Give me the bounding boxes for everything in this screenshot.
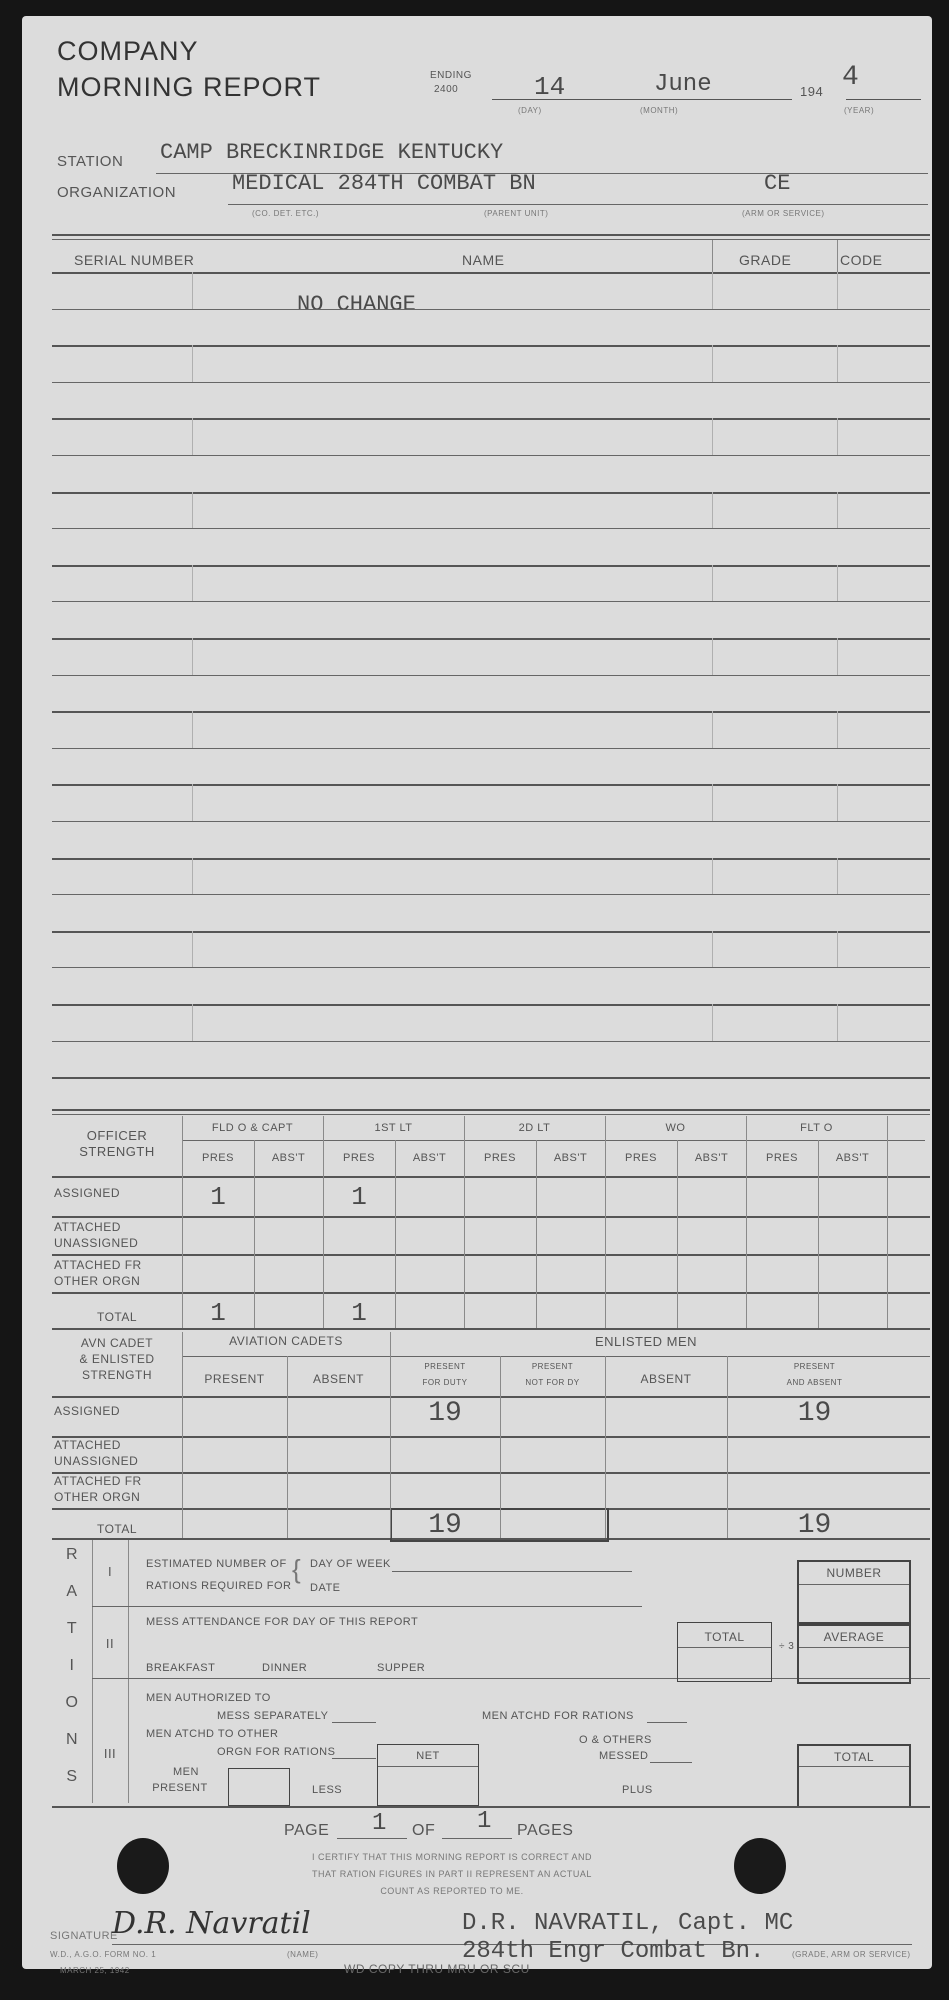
roster-row-rule [52, 455, 930, 456]
signature[interactable]: D.R. Navratil [112, 1906, 311, 1941]
officer-bottom-rule [52, 1328, 930, 1330]
enlisted-men-header: ENLISTED MEN [390, 1334, 902, 1349]
report-year[interactable]: 4 [842, 62, 859, 93]
enlisted-subcol-header: PRESENT [182, 1372, 287, 1386]
rations-side-letter: T [52, 1620, 92, 1638]
grade-divider [712, 784, 713, 821]
others-messed-1: O & OTHERS [579, 1734, 652, 1746]
serial-name-divider [192, 711, 193, 748]
roster-row-rule [52, 1004, 930, 1006]
code-divider [837, 711, 838, 748]
atchd-other-field[interactable] [332, 1758, 376, 1759]
code-divider [837, 418, 838, 455]
officer-col-divider [323, 1116, 324, 1328]
men-present-2: PRESENT [134, 1782, 226, 1794]
certify-line-1: I CERTIFY THAT THIS MORNING REPORT IS CO… [192, 1852, 712, 1862]
number-label: NUMBER [799, 1566, 909, 1580]
atchd-rations-field[interactable] [647, 1722, 687, 1723]
enlisted-subcol-header: ABSENT [605, 1372, 727, 1386]
code-divider [837, 931, 838, 968]
year-caption: (YEAR) [844, 106, 874, 115]
enlisted-col-divider [390, 1332, 391, 1538]
grade-divider [712, 638, 713, 675]
serial-name-divider [192, 1004, 193, 1041]
enlisted-row-label: ATTACHED FR [54, 1474, 142, 1488]
mess-total-divider [678, 1647, 771, 1648]
roster-row-rule [52, 565, 930, 567]
serial-name-divider [192, 345, 193, 382]
date-label: DATE [310, 1582, 341, 1594]
col-serial-number: SERIAL NUMBER [74, 252, 194, 268]
grade-divider [712, 240, 713, 272]
officer-col-divider [395, 1140, 396, 1328]
code-divider [837, 638, 838, 675]
enlisted-col-divider [287, 1356, 288, 1538]
enlisted-subcol-header: PRESENT [727, 1362, 902, 1371]
organization-underline [228, 204, 928, 205]
officer-subcol-header: PRES [323, 1152, 395, 1164]
enlisted-row-rule [52, 1436, 930, 1438]
form-title-line1: COMPANY [57, 36, 199, 67]
serial-name-divider [192, 272, 193, 309]
grade-divider [712, 931, 713, 968]
arm-service-value[interactable]: CE [764, 171, 790, 196]
roster-row-rule [52, 638, 930, 640]
day-of-week-line [392, 1571, 632, 1572]
enlisted-subcol-header-2: AND ABSENT [727, 1378, 902, 1387]
roster-row-rule [52, 967, 930, 968]
roster-row-rule [52, 418, 930, 420]
less-label: LESS [312, 1784, 342, 1796]
enlisted-col-divider [182, 1332, 183, 1538]
enlisted-strength-title: & ENLISTED [52, 1352, 182, 1366]
organization-value[interactable]: MEDICAL 284TH COMBAT BN [232, 171, 536, 196]
enlisted-row-label: TOTAL [52, 1522, 182, 1536]
col-code: CODE [840, 252, 882, 268]
enlisted-col-divider [500, 1356, 501, 1538]
roster-row-rule [52, 784, 930, 786]
officer-group-header: WO [605, 1122, 746, 1134]
average-label: AVERAGE [799, 1630, 909, 1644]
net-label: NET [378, 1750, 478, 1762]
pages-underline [442, 1838, 512, 1839]
part1-bottom-rule [92, 1606, 642, 1607]
grade-divider [712, 492, 713, 529]
others-messed-2: MESSED [599, 1750, 648, 1762]
form-title-line2: MORNING REPORT [57, 72, 321, 103]
officer-row-label: TOTAL [52, 1310, 182, 1324]
org-caption-2: (PARENT UNIT) [484, 209, 548, 218]
certify-line-3: COUNT AS REPORTED TO ME. [192, 1886, 712, 1896]
officer-subcol-header: PRES [182, 1152, 254, 1164]
enlisted-row-label: ASSIGNED [54, 1404, 120, 1418]
officer-subcol-header: ABS'T [818, 1152, 887, 1164]
number-box-divider [799, 1584, 909, 1585]
of-label: OF [412, 1822, 435, 1840]
enlisted-subcol-header: PRESENT [500, 1362, 605, 1371]
roster-row-rule [52, 528, 930, 529]
roster-row-rule [52, 748, 930, 749]
enlisted-row-label: ATTACHED [54, 1438, 121, 1452]
roster-row-rule [52, 309, 930, 310]
mess-separately-1: MEN AUTHORIZED TO [146, 1692, 271, 1704]
year-underline [846, 99, 921, 100]
name-caption: (NAME) [287, 1950, 318, 1959]
dinner-label: DINNER [262, 1662, 307, 1674]
breakfast-label: BREAKFAST [146, 1662, 215, 1674]
officer-subcol-header: PRES [464, 1152, 536, 1164]
pages-label: PAGES [517, 1822, 573, 1840]
day-caption: (DAY) [518, 106, 542, 115]
grade-divider [712, 272, 713, 309]
year-prefix: 194 [800, 84, 823, 99]
roster-row-rule [52, 492, 930, 494]
signer-name: D.R. NAVRATIL, Capt. MC [462, 1910, 793, 1937]
officer-row-rule [52, 1176, 930, 1178]
officer-group-header: FLD O & CAPT [182, 1122, 323, 1134]
aviation-cadets-header: AVIATION CADETS [182, 1334, 390, 1348]
enlisted-subcol-header: ABSENT [287, 1372, 390, 1386]
officer-subcol-header: ABS'T [254, 1152, 323, 1164]
total-pages[interactable]: 1 [477, 1808, 491, 1835]
roster-row-rule [52, 894, 930, 895]
grade-divider [712, 1004, 713, 1041]
col-name: NAME [462, 252, 504, 268]
atchd-other-1: MEN ATCHD TO OTHER [146, 1728, 278, 1740]
code-divider [837, 565, 838, 602]
mess-separately-2: MESS SEPARATELY [217, 1710, 328, 1722]
officer-col-divider [818, 1140, 819, 1328]
men-present-1: MEN [146, 1766, 226, 1778]
signature-label: SIGNATURE [50, 1930, 118, 1942]
roster-row-rule [52, 601, 930, 602]
officer-strength-cell[interactable]: 1 [182, 1182, 254, 1212]
officer-col-divider [746, 1116, 747, 1328]
officer-row-label-2: UNASSIGNED [54, 1236, 138, 1250]
plus-label: PLUS [622, 1784, 653, 1796]
enlisted-subcol-header-2: FOR DUTY [390, 1378, 500, 1387]
code-divider [837, 858, 838, 895]
enlisted-col-divider [727, 1356, 728, 1538]
roster-row-rule [52, 821, 930, 822]
officer-top-rule-2 [52, 1114, 930, 1115]
enlisted-strength-title: STRENGTH [52, 1368, 182, 1382]
officer-col-divider [464, 1116, 465, 1328]
officer-group-rule [182, 1140, 925, 1141]
code-divider [837, 492, 838, 529]
roster-top-rule-2 [52, 239, 930, 240]
part1-numeral: I [92, 1564, 128, 1579]
officer-group-header: FLT O [746, 1122, 887, 1134]
code-divider [837, 240, 838, 272]
roster-top-rule [52, 234, 930, 236]
page-number[interactable]: 1 [372, 1810, 386, 1837]
code-divider [837, 345, 838, 382]
rations-side-letter: N [52, 1731, 92, 1749]
part2-numeral: II [92, 1636, 128, 1651]
officer-row-rule [52, 1292, 930, 1294]
roster-row-rule [52, 1041, 930, 1042]
net-divider [378, 1766, 478, 1767]
punch-hole-left [117, 1838, 169, 1894]
officer-row-rule [52, 1216, 930, 1218]
form-number: W.D., A.G.O. FORM NO. 1 [50, 1950, 156, 1959]
enlisted-group-rule [182, 1356, 930, 1357]
officer-subcol-header: PRES [746, 1152, 818, 1164]
signer-unit: 284th Engr Combat Bn. [462, 1938, 764, 1965]
officer-row-rule [52, 1254, 930, 1256]
enlisted-subcol-header-2: NOT FOR DY [500, 1378, 605, 1387]
code-divider [837, 272, 838, 309]
mess-attendance-label: MESS ATTENDANCE FOR DAY OF THIS REPORT [146, 1616, 418, 1628]
ending-label: ENDING [430, 70, 472, 81]
serial-name-divider [192, 784, 193, 821]
grade-divider [712, 418, 713, 455]
roster-row-rule [52, 711, 930, 713]
officer-col-divider [605, 1116, 606, 1328]
others-messed-field[interactable] [650, 1762, 692, 1763]
part3-numeral: III [92, 1746, 128, 1761]
month-caption: (MONTH) [640, 106, 678, 115]
rations-total-label: TOTAL [799, 1750, 909, 1764]
enlisted-row-label-2: OTHER ORGN [54, 1490, 140, 1504]
page-label: PAGE [284, 1822, 329, 1840]
roster-entry-name[interactable]: NO CHANGE [297, 292, 416, 317]
officer-strength-cell[interactable]: 1 [182, 1298, 254, 1328]
atchd-rations-label: MEN ATCHD FOR RATIONS [482, 1710, 634, 1722]
officer-top-rule [52, 1109, 930, 1111]
col-grade: GRADE [739, 252, 791, 268]
page-underline [337, 1838, 407, 1839]
officer-row-label: ATTACHED [54, 1220, 121, 1234]
enlisted-col-divider [605, 1356, 606, 1538]
station-value[interactable]: CAMP BRECKINRIDGE KENTUCKY [160, 140, 503, 165]
officer-row-label: ASSIGNED [54, 1186, 120, 1200]
officer-col-divider [182, 1116, 183, 1328]
roster-row-rule [52, 931, 930, 933]
officer-subcol-header: PRES [605, 1152, 677, 1164]
morning-report-form: COMPANY MORNING REPORT ENDING 2400 14 Ju… [22, 16, 932, 1969]
officer-group-header: 2D LT [464, 1122, 605, 1134]
officer-col-divider [677, 1140, 678, 1328]
ending-time: 2400 [434, 84, 458, 95]
officer-col-divider [887, 1116, 888, 1328]
enlisted-row-label-2: UNASSIGNED [54, 1454, 138, 1468]
serial-name-divider [192, 492, 193, 529]
mess-separately-field[interactable] [332, 1722, 376, 1723]
rations-total-divider [799, 1766, 909, 1767]
org-caption-1: (CO. DET. ETC.) [252, 209, 319, 218]
form-date: MARCH 25, 1942 [60, 1966, 130, 1975]
officer-row-label: ATTACHED FR [54, 1258, 142, 1272]
officer-group-header: 1ST LT [323, 1122, 464, 1134]
enlisted-row-rule [52, 1472, 930, 1474]
grade-divider [712, 711, 713, 748]
officer-col-divider [254, 1140, 255, 1328]
officer-row-label-2: OTHER ORGN [54, 1274, 140, 1288]
roster-row-rule [52, 675, 930, 676]
station-label: STATION [57, 153, 123, 170]
serial-name-divider [192, 565, 193, 602]
certify-line-2: THAT RATION FIGURES IN PART II REPRESENT… [192, 1869, 712, 1879]
wd-copy-note: WD COPY THRU MRU OR SCU [344, 1962, 530, 1976]
serial-name-divider [192, 418, 193, 455]
mess-total-label: TOTAL [678, 1630, 771, 1644]
atchd-other-2: ORGN FOR RATIONS [217, 1746, 335, 1758]
day-of-week-label: DAY OF WEEK [310, 1558, 391, 1570]
enlisted-strength-title: AVN CADET [52, 1336, 182, 1350]
roster-row-rule [52, 1077, 930, 1079]
code-divider [837, 1004, 838, 1041]
average-divider [799, 1647, 909, 1648]
code-divider [837, 784, 838, 821]
rations-side-letter: S [52, 1768, 92, 1786]
organization-label: ORGANIZATION [57, 184, 176, 201]
serial-name-divider [192, 638, 193, 675]
rations-side-letter: O [52, 1694, 92, 1712]
part1-text-1: ESTIMATED NUMBER OF [146, 1558, 287, 1570]
enlisted-strength-cell[interactable]: 19 [727, 1510, 902, 1541]
roster-row-rule [52, 272, 930, 274]
officer-col-divider [536, 1140, 537, 1328]
serial-name-divider [192, 858, 193, 895]
grade-divider [712, 858, 713, 895]
officer-strength-cell[interactable]: 1 [323, 1298, 395, 1328]
report-day[interactable]: 14 [534, 72, 565, 102]
roster-row-rule [52, 858, 930, 860]
roster-row-rule [52, 345, 930, 347]
brace-icon: { [292, 1554, 301, 1585]
officer-subcol-header: ABS'T [677, 1152, 746, 1164]
org-caption-3: (ARM OR SERVICE) [742, 209, 825, 218]
report-month[interactable]: June [654, 71, 712, 98]
grade-divider [712, 565, 713, 602]
officer-strength-title-1: OFFICER [52, 1128, 182, 1143]
officer-subcol-header: ABS'T [536, 1152, 605, 1164]
grade-caption: (GRADE, ARM OR SERVICE) [792, 1950, 910, 1959]
divide-by-three: ÷ 3 [779, 1641, 794, 1652]
rations-side-letter: I [52, 1657, 92, 1675]
punch-hole-right [734, 1838, 786, 1894]
grade-divider [712, 345, 713, 382]
part1-text-2: RATIONS REQUIRED FOR [146, 1580, 291, 1592]
enlisted-strength-cell[interactable]: 19 [727, 1398, 902, 1429]
enlisted-strength-cell[interactable]: 19 [390, 1398, 500, 1429]
officer-strength-title-2: STRENGTH [52, 1144, 182, 1159]
rations-side-letter: R [52, 1546, 92, 1564]
enlisted-subcol-header: PRESENT [390, 1362, 500, 1371]
roster-row-rule [52, 382, 930, 383]
rations-divider-2 [128, 1540, 129, 1803]
officer-subcol-header: ABS'T [395, 1152, 464, 1164]
rations-divider-1 [92, 1540, 93, 1803]
serial-name-divider [192, 931, 193, 968]
rations-side-letter: A [52, 1583, 92, 1601]
men-present-box[interactable] [228, 1768, 290, 1806]
supper-label: SUPPER [377, 1662, 425, 1674]
officer-strength-cell[interactable]: 1 [323, 1182, 395, 1212]
